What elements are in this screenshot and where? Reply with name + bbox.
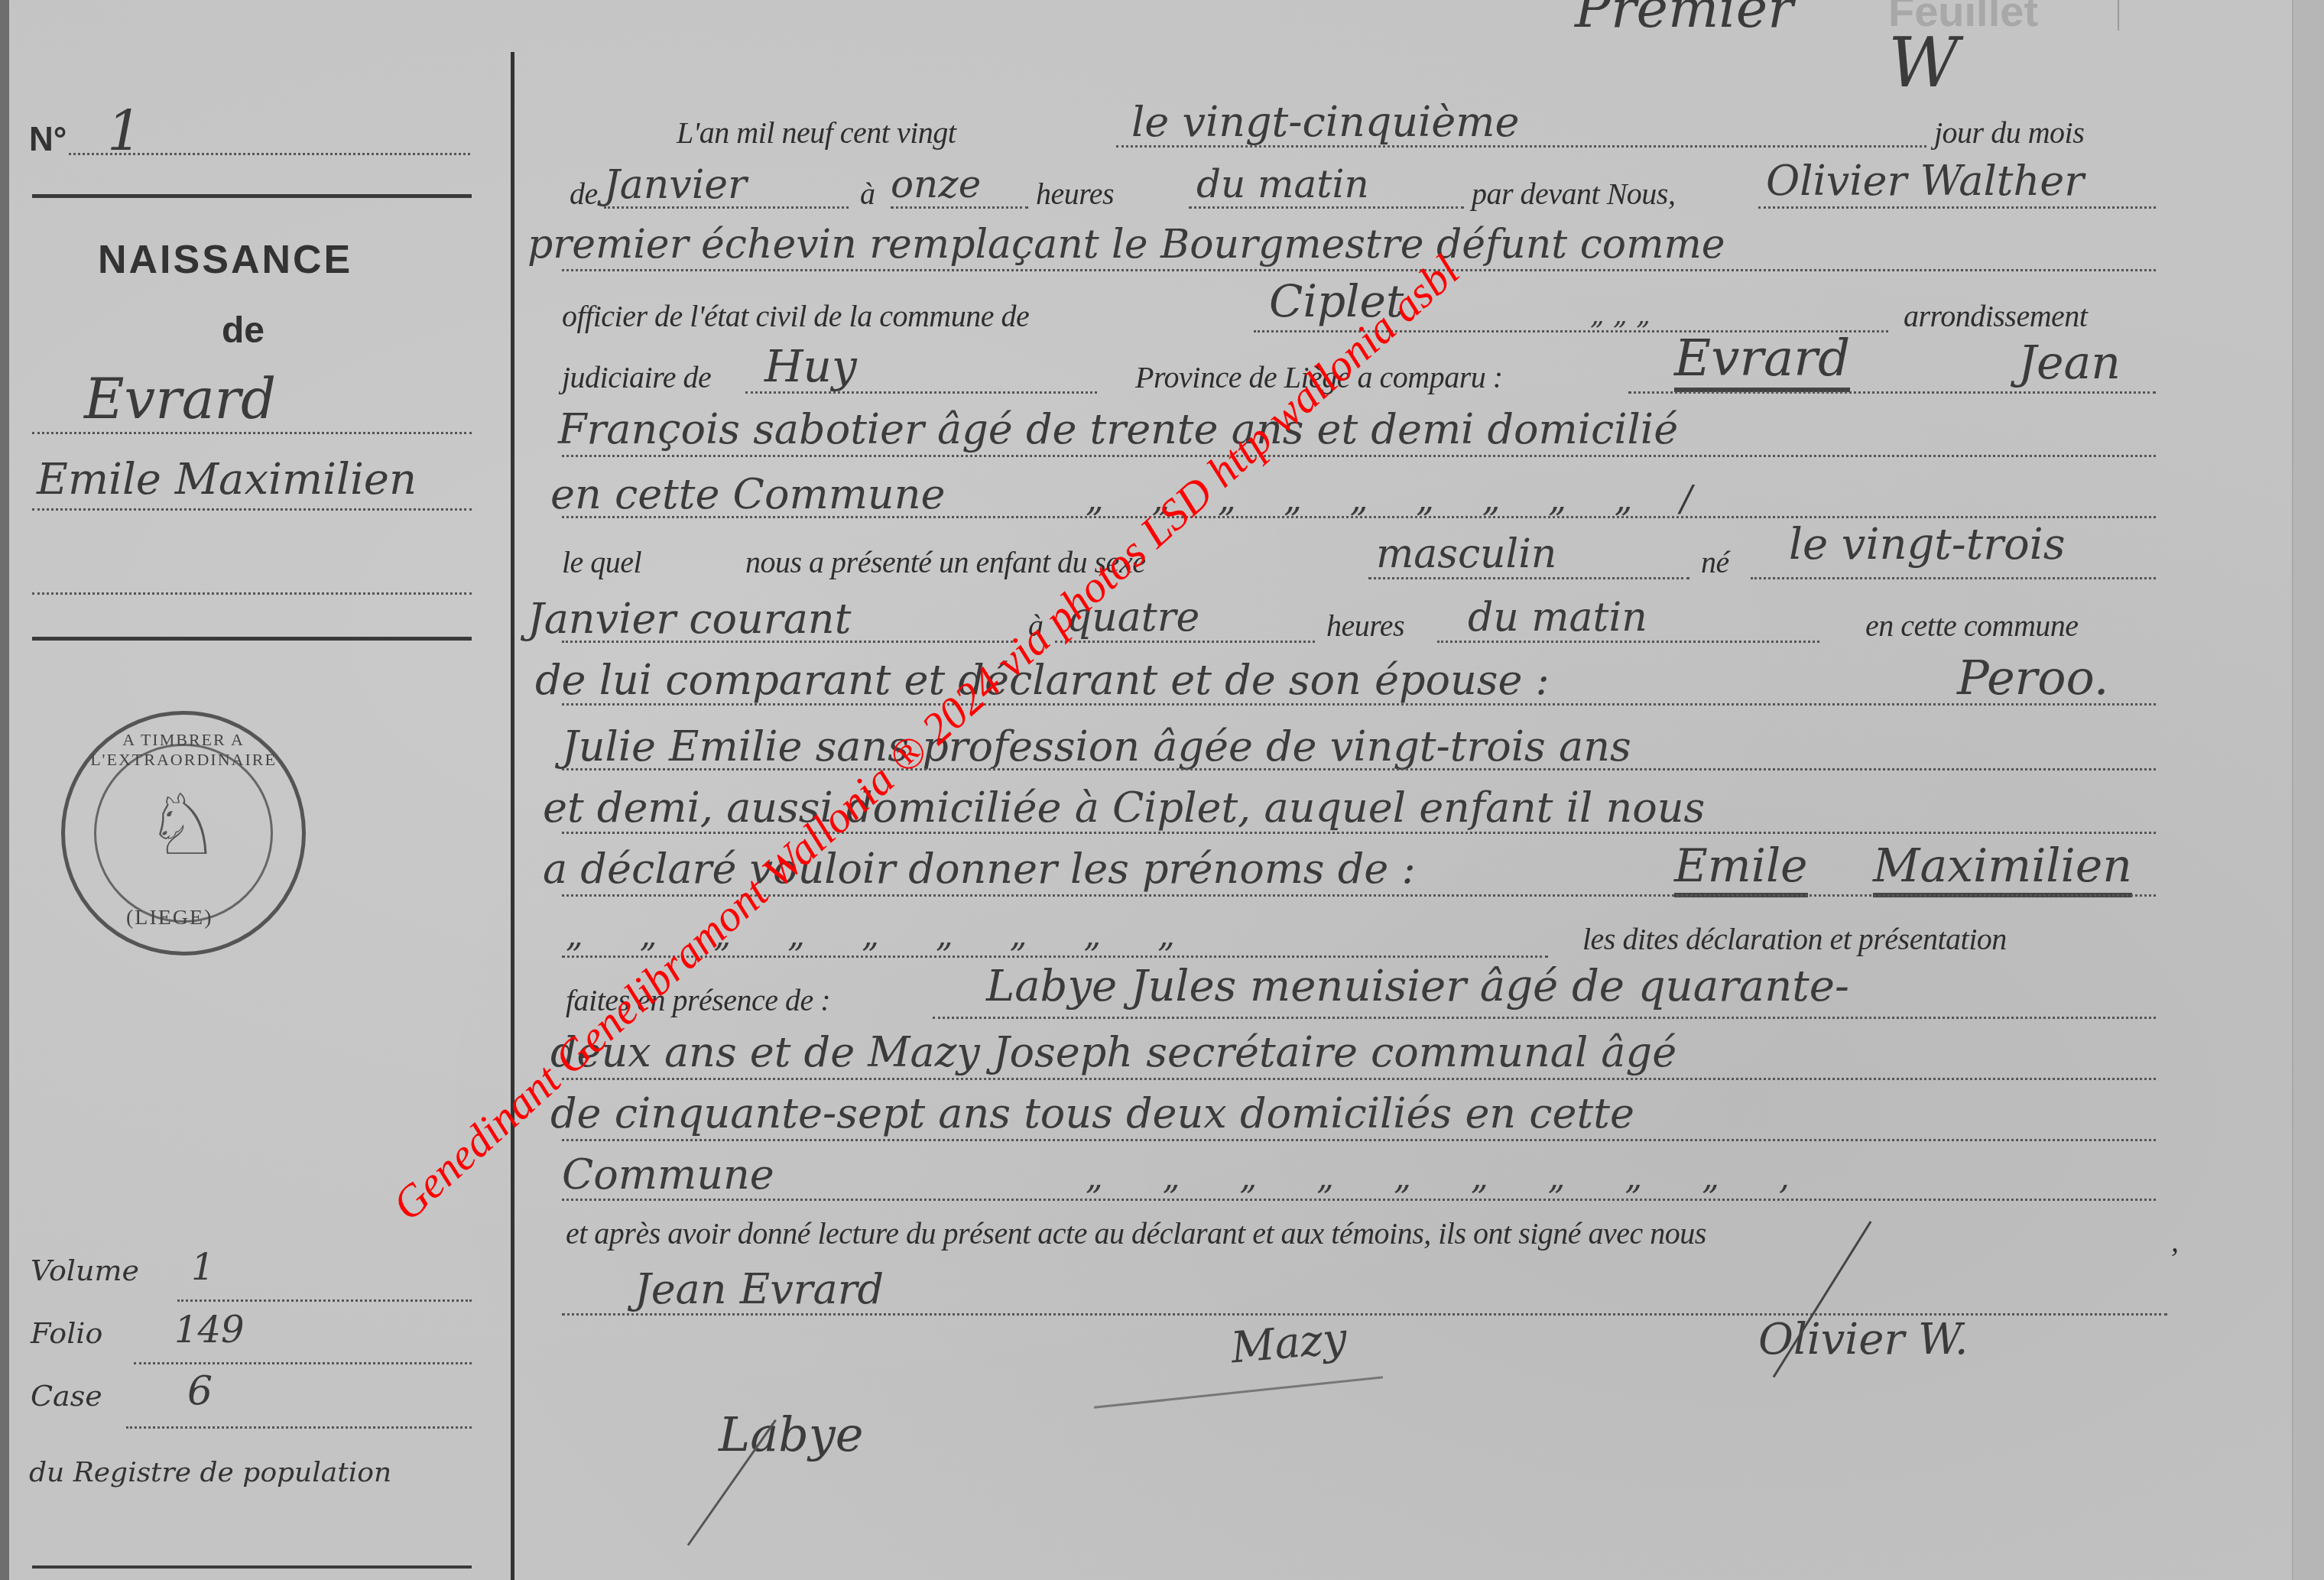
volume-value: 1: [191, 1246, 215, 1289]
folio-label: Folio: [31, 1316, 102, 1350]
witness-2-age-residence: de cinquante-sept ans tous deux domicili…: [550, 1089, 1634, 1137]
initials: W: [1888, 23, 1959, 103]
mother-details: Julie Emilie sans profession âgée de vin…: [562, 722, 1631, 771]
line-dots: [562, 1199, 2156, 1201]
text-heures: heures: [1036, 176, 1114, 212]
line-dots: [1189, 206, 1464, 209]
line-dots: [1368, 577, 1689, 579]
line-dots: [562, 768, 2156, 771]
line-dots: [891, 206, 1028, 209]
text-dites-declaration: les dites déclaration et présentation: [1582, 921, 2007, 957]
ditto-marks: „ „ „: [1590, 300, 1650, 331]
act-intro: L'an mil neuf cent vingt: [677, 115, 956, 151]
page-left-edge: [0, 0, 9, 1580]
signature-witness-2: Mazy: [1229, 1314, 1349, 1374]
time-of-day-value: du matin: [1196, 162, 1369, 206]
rule-top: [32, 194, 472, 198]
text-ne: né: [1701, 544, 1729, 580]
volume-label: Volume: [31, 1254, 139, 1287]
birth-certificate-page: Premier Feuillet W N° 1 NAISSANCE de Evr…: [0, 0, 2324, 1580]
line-dots: [562, 269, 2156, 271]
stamp-ring-text: A TIMBRER A L'EXTRAORDINAIRE: [73, 730, 294, 770]
text-a: à: [860, 176, 875, 212]
text-en-cette-commune: en cette commune: [1865, 608, 2079, 644]
surname-dots: [32, 432, 472, 434]
case-value: 6: [187, 1368, 213, 1414]
hour-value: onze: [891, 162, 981, 206]
officer-name: Olivier Walther: [1766, 157, 2084, 205]
tax-stamp: A TIMBRER A L'EXTRAORDINAIRE ♘ (LIEGE): [61, 711, 306, 955]
header-tick: [2118, 0, 2119, 31]
line-dots: [562, 703, 2156, 706]
commune-word: Commune: [562, 1150, 774, 1199]
mother-residence: et demi, aussi domiciliée à Ciplet, auqu…: [543, 784, 1705, 832]
number-label: N°: [29, 121, 67, 159]
sex-value: masculin: [1376, 531, 1556, 577]
line-dots: [1628, 391, 2156, 394]
closing-comma: ,: [2171, 1223, 2179, 1259]
surname: Evrard: [84, 367, 276, 431]
day-value: le vingt-cinquième: [1131, 98, 1520, 146]
crowned-lion-icon: ♘: [145, 776, 221, 874]
volume-dots: [177, 1299, 472, 1302]
birth-day-value: le vingt-trois: [1789, 520, 2065, 569]
text-par-devant-nous: par devant Nous,: [1472, 176, 1675, 212]
birth-time-of-day: du matin: [1468, 595, 1647, 641]
line-dots: [1437, 641, 1819, 643]
number-dots: [69, 153, 470, 155]
child-first-name: Emile: [1674, 839, 1808, 897]
margin-divider: [511, 52, 514, 1580]
officer-role: premier échevin remplaçant le Bourgmestr…: [527, 222, 1725, 268]
declarant-surname: Evrard: [1674, 329, 1850, 392]
month-value: Janvier: [604, 162, 747, 208]
text-officier-commune: officier de l'état civil de la commune d…: [562, 298, 1029, 334]
page-title: NAISSANCE: [98, 237, 352, 283]
sheet-label-handwritten: Premier: [1575, 0, 1793, 40]
declarant-first-name: Jean: [2018, 336, 2121, 390]
text-judiciaire: judiciaire de: [562, 359, 711, 395]
jour-du-mois: jour du mois: [1934, 115, 2084, 151]
page-right-edge: [2292, 0, 2324, 1580]
child-middle-name: Maximilien: [1873, 839, 2132, 897]
line-dots: [1055, 641, 1315, 643]
folio-dots: [134, 1362, 472, 1364]
residence: en cette Commune: [550, 470, 945, 518]
witness-2-details: deux ans et de Mazy Joseph secrétaire co…: [550, 1028, 1676, 1076]
line-dots: [745, 391, 1097, 394]
line-dots: [1751, 577, 2156, 579]
ditto-marks: „ „ „ „ „ „ „ „ „ ,: [1086, 1158, 1814, 1197]
line-dots: [1116, 145, 1926, 148]
given-names: Emile Maximilien: [37, 455, 417, 504]
signature-flourish: [1094, 1376, 1383, 1409]
text-closing-statement: et après avoir donné lecture du présent …: [566, 1215, 1706, 1251]
line-dots: [1758, 206, 2156, 209]
line-dots: [604, 206, 849, 209]
line-dots: [933, 1017, 2156, 1019]
case-label: Case: [31, 1379, 102, 1413]
blank-dots: [32, 592, 472, 595]
rule-bottom: [32, 1565, 472, 1569]
folio-value: 149: [174, 1309, 245, 1351]
mother-surname: Peroo.: [1957, 650, 2109, 706]
signature-witness-1: Labye: [719, 1406, 864, 1462]
line-dots: [562, 641, 1013, 643]
birth-month-value: Janvier courant: [527, 595, 851, 643]
names-declaration: a déclaré vouloir donner les prénoms de …: [543, 845, 1416, 893]
rule-middle: [32, 637, 472, 641]
title-de: de: [222, 310, 265, 352]
line-dots: [562, 894, 2156, 897]
text-de: de: [570, 176, 598, 212]
district-value: Huy: [764, 340, 857, 392]
declarant-details: François sabotier âgé de trente ans et d…: [558, 405, 1678, 453]
given-names-dots: [32, 508, 472, 511]
line-dots: [562, 1139, 2156, 1141]
witness-1-details: Labye Jules menuisier âgé de quarante-: [986, 962, 1849, 1011]
stamp-bottom-text: (LIEGE): [126, 906, 213, 930]
line-dots: [562, 1078, 2156, 1080]
text-arrondissement: arrondissement: [1904, 298, 2087, 334]
line-dots: [562, 516, 2156, 518]
case-dots: [126, 1426, 472, 1429]
line-dots: [562, 455, 2156, 457]
text-lequel: le quel: [562, 544, 641, 580]
signature-officer: Olivier W.: [1758, 1315, 1969, 1364]
registry-label: du Registre de population: [29, 1457, 391, 1488]
text-heures: heures: [1326, 608, 1404, 644]
signature-declarant: Jean Evrard: [635, 1265, 884, 1313]
